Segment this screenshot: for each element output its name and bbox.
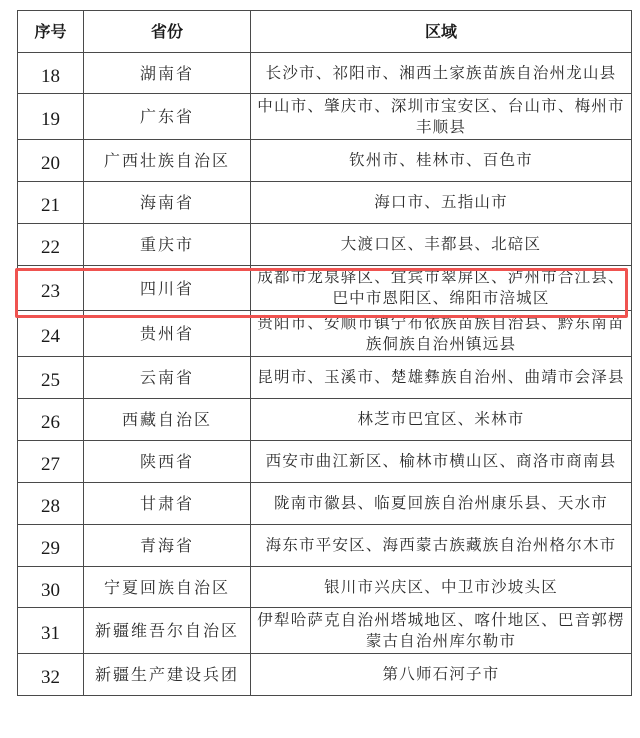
table-row: 19广东省中山市、肇庆市、深圳市宝安区、台山市、梅州市丰顺县 — [18, 94, 632, 140]
table-row: 31新疆维吾尔自治区伊犁哈萨克自治州塔城地区、喀什地区、巴音郭楞蒙古自治州库尔勒… — [18, 608, 632, 654]
table-row: 23四川省成都市龙泉驿区、宜宾市翠屏区、泸州市合江县、巴中市恩阳区、绵阳市涪城区 — [18, 266, 632, 311]
cell-serial-number: 26 — [18, 399, 84, 441]
cell-serial-number: 25 — [18, 357, 84, 399]
cell-serial-number: 20 — [18, 140, 84, 182]
cell-province: 重庆市 — [84, 224, 251, 266]
regions-table: 序号 省份 区域 18湖南省长沙市、祁阳市、湘西土家族苗族自治州龙山县19广东省… — [17, 10, 632, 696]
cell-province: 湖南省 — [84, 53, 251, 94]
table-row: 32新疆生产建设兵团第八师石河子市 — [18, 654, 632, 696]
cell-area: 贵阳市、安顺市镇宁布依族苗族自治县、黔东南苗族侗族自治州镇远县 — [251, 311, 632, 357]
cell-province: 新疆维吾尔自治区 — [84, 608, 251, 654]
cell-area: 银川市兴庆区、中卫市沙坡头区 — [251, 567, 632, 608]
cell-area: 伊犁哈萨克自治州塔城地区、喀什地区、巴音郭楞蒙古自治州库尔勒市 — [251, 608, 632, 654]
cell-province: 甘肃省 — [84, 483, 251, 525]
cell-province: 云南省 — [84, 357, 251, 399]
cell-area: 西安市曲江新区、榆林市横山区、商洛市商南县 — [251, 441, 632, 483]
cell-area: 昆明市、玉溪市、楚雄彝族自治州、曲靖市会泽县 — [251, 357, 632, 399]
cell-area: 林芝市巴宜区、米林市 — [251, 399, 632, 441]
cell-province: 广东省 — [84, 94, 251, 140]
cell-province: 宁夏回族自治区 — [84, 567, 251, 608]
cell-serial-number: 18 — [18, 53, 84, 94]
cell-serial-number: 28 — [18, 483, 84, 525]
cell-serial-number: 19 — [18, 94, 84, 140]
cell-serial-number: 30 — [18, 567, 84, 608]
table-row: 25云南省昆明市、玉溪市、楚雄彝族自治州、曲靖市会泽县 — [18, 357, 632, 399]
cell-province: 陕西省 — [84, 441, 251, 483]
table-row: 27陕西省西安市曲江新区、榆林市横山区、商洛市商南县 — [18, 441, 632, 483]
cell-serial-number: 29 — [18, 525, 84, 567]
cell-serial-number: 27 — [18, 441, 84, 483]
table-row: 28甘肃省陇南市徽县、临夏回族自治州康乐县、天水市 — [18, 483, 632, 525]
cell-area: 长沙市、祁阳市、湘西土家族苗族自治州龙山县 — [251, 53, 632, 94]
cell-province: 贵州省 — [84, 311, 251, 357]
cell-area: 成都市龙泉驿区、宜宾市翠屏区、泸州市合江县、巴中市恩阳区、绵阳市涪城区 — [251, 266, 632, 311]
cell-serial-number: 24 — [18, 311, 84, 357]
cell-area: 海东市平安区、海西蒙古族藏族自治州格尔木市 — [251, 525, 632, 567]
table-row: 22重庆市大渡口区、丰都县、北碚区 — [18, 224, 632, 266]
cell-province: 广西壮族自治区 — [84, 140, 251, 182]
header-serial-number: 序号 — [18, 11, 84, 53]
header-area: 区域 — [251, 11, 632, 53]
table-row: 18湖南省长沙市、祁阳市、湘西土家族苗族自治州龙山县 — [18, 53, 632, 94]
table-row: 21海南省海口市、五指山市 — [18, 182, 632, 224]
table-body: 18湖南省长沙市、祁阳市、湘西土家族苗族自治州龙山县19广东省中山市、肇庆市、深… — [18, 53, 632, 696]
cell-province: 西藏自治区 — [84, 399, 251, 441]
table-header-row: 序号 省份 区域 — [18, 11, 632, 53]
cell-area: 中山市、肇庆市、深圳市宝安区、台山市、梅州市丰顺县 — [251, 94, 632, 140]
cell-area: 钦州市、桂林市、百色市 — [251, 140, 632, 182]
cell-province: 海南省 — [84, 182, 251, 224]
table-row: 26西藏自治区林芝市巴宜区、米林市 — [18, 399, 632, 441]
cell-province: 新疆生产建设兵团 — [84, 654, 251, 696]
cell-province: 青海省 — [84, 525, 251, 567]
table-row: 29青海省海东市平安区、海西蒙古族藏族自治州格尔木市 — [18, 525, 632, 567]
cell-serial-number: 23 — [18, 266, 84, 311]
cell-serial-number: 31 — [18, 608, 84, 654]
cell-serial-number: 22 — [18, 224, 84, 266]
table-row: 24贵州省贵阳市、安顺市镇宁布依族苗族自治县、黔东南苗族侗族自治州镇远县 — [18, 311, 632, 357]
cell-province: 四川省 — [84, 266, 251, 311]
cell-area: 第八师石河子市 — [251, 654, 632, 696]
cell-area: 海口市、五指山市 — [251, 182, 632, 224]
header-province: 省份 — [84, 11, 251, 53]
cell-serial-number: 32 — [18, 654, 84, 696]
cell-area: 陇南市徽县、临夏回族自治州康乐县、天水市 — [251, 483, 632, 525]
cell-area: 大渡口区、丰都县、北碚区 — [251, 224, 632, 266]
cell-serial-number: 21 — [18, 182, 84, 224]
table-row: 30宁夏回族自治区银川市兴庆区、中卫市沙坡头区 — [18, 567, 632, 608]
table-row: 20广西壮族自治区钦州市、桂林市、百色市 — [18, 140, 632, 182]
